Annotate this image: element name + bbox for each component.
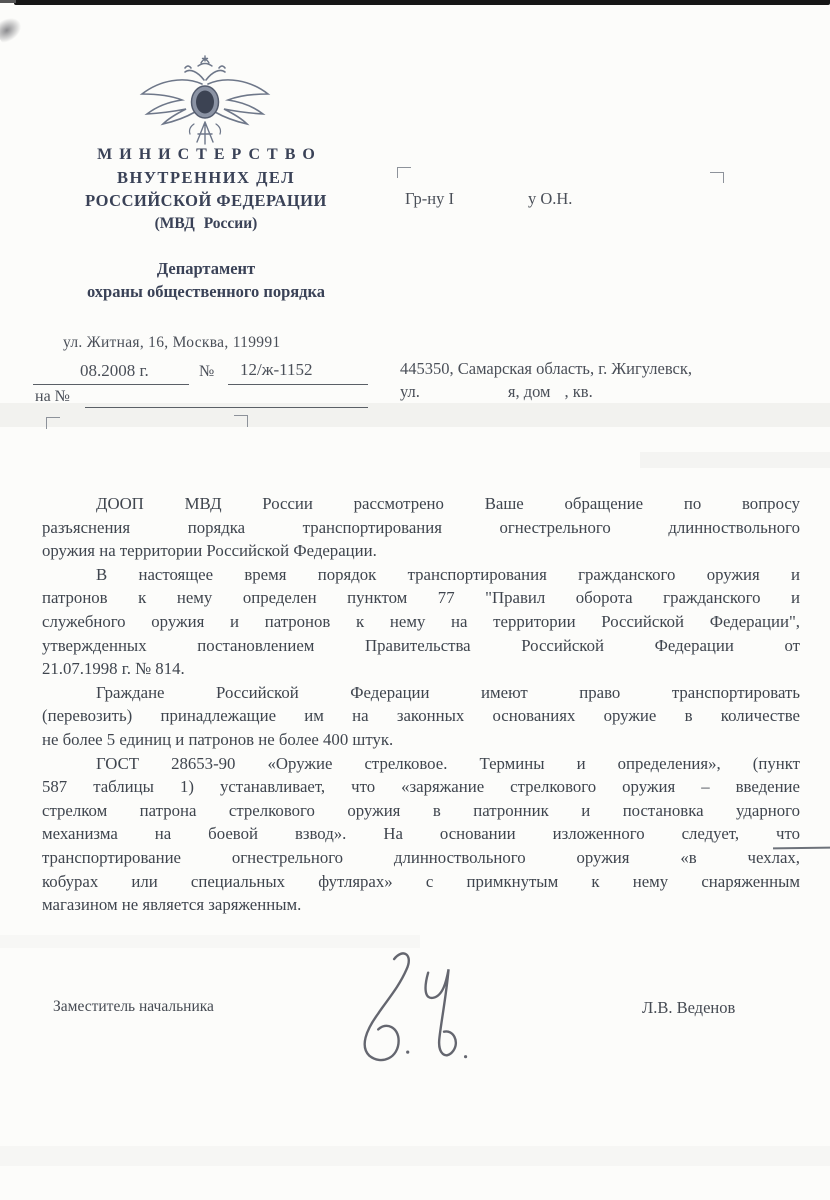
body-line: разъяснения порядка транспортирования ог… [42,516,800,540]
recipient-address-line1: 445350, Самарская область, г. Жигулевск, [400,357,790,380]
letterhead-block: МИНИСТЕРСТВО ВНУТРЕННИХ ДЕЛ РОССИЙСКОЙ Ф… [25,146,387,302]
corner-mark-top-right [710,172,724,183]
ministry-name-line1: МИНИСТЕРСТВО [32,146,387,164]
body-line: не более 5 единиц и патронов не более 40… [42,728,800,752]
corner-mark-bottom-right [234,415,248,427]
date-underline [33,384,189,385]
reference-block: 08.2008 г. № 12/ж-1152 на № [33,358,393,416]
scan-shadow-band [0,935,420,948]
reply-ref-label: на № [35,388,70,406]
recipient-address-line2: ул.я, дом, кв. [400,380,790,403]
street-fragment: я, дом [508,382,551,401]
reply-ref-underline [85,407,368,408]
body-line: утвержденных постановлением Правительств… [42,634,800,658]
body-line: магазином не является заряженным. [42,893,800,917]
handwritten-signature-icon [352,950,502,1068]
body-line: Граждане Российской Федерации имеют прав… [42,681,800,705]
body-line: механизма на боевой взвод». На основании… [42,822,800,846]
body-line: ДООП МВД России рассмотрено Ваше обращен… [42,492,800,516]
number-sign: № [199,363,214,381]
body-line: патронов к нему определен пунктом 77 "Пр… [42,586,800,610]
ministry-name-line3: РОССИЙСКОЙ ФЕДЕРАЦИИ [25,191,387,211]
body-paragraphs: ДООП МВД России рассмотрено Ваше обращен… [42,492,800,917]
scan-shadow-band [640,452,830,468]
body-line: транспортирование огнестрельного длиннос… [42,846,800,870]
corner-mark-bottom-left [46,417,60,429]
apartment-fragment: , кв. [565,382,593,401]
body-line: 21.07.1998 г. № 814. [42,657,800,681]
body-line: служебного оружия и патронов к нему на т… [42,610,800,634]
body-line: 587 таблицы 1) устанавливает, что «заряж… [42,775,800,799]
ministry-abbrev: (МВД России) [25,215,387,233]
scan-shadow-band [0,1146,830,1166]
letter-date: 08.2008 г. [80,361,149,381]
body-line: (перевозить) принадлежащие им на законны… [42,704,800,728]
street-label: ул. [400,382,420,401]
body-line: стрелком патрона стрелкового оружия в па… [42,799,800,823]
scan-top-edge-line-left [0,0,16,3]
sender-address: ул. Житная, 16, Москва, 119991 [63,334,280,352]
department-line1: Департамент [25,259,387,279]
signer-name: Л.В. Веденов [642,998,735,1018]
ministry-name-line2: ВНУТРЕННИХ ДЕЛ [25,168,387,188]
scan-corner-smudge [0,13,26,45]
scan-top-edge-line [14,0,830,5]
body-line: кобурах или специальных футлярах» с прим… [42,870,800,894]
body-line: В настоящее время порядок транспортирова… [42,563,800,587]
signer-title: Заместитель начальника [53,998,214,1016]
outgoing-number: 12/ж-1152 [240,360,313,380]
corner-mark-top-left [397,167,411,178]
recipient-address: 445350, Самарская область, г. Жигулевск,… [400,357,790,403]
recipient-name-fragment: у О.Н. [528,189,572,208]
number-underline [228,384,368,385]
recipient-block: Гр-ну Iу О.Н. [397,167,727,217]
recipient-salutation: Гр-ну I [405,189,454,208]
body-line: оружия на территории Российской Федераци… [42,539,800,563]
body-line: ГОСТ 28653-90 «Оружие стрелковое. Термин… [42,752,800,776]
mvd-eagle-emblem-icon [138,54,272,148]
department-line2: охраны общественного порядка [25,282,387,302]
scanned-letter-page: МИНИСТЕРСТВО ВНУТРЕННИХ ДЕЛ РОССИЙСКОЙ Ф… [0,0,830,1200]
